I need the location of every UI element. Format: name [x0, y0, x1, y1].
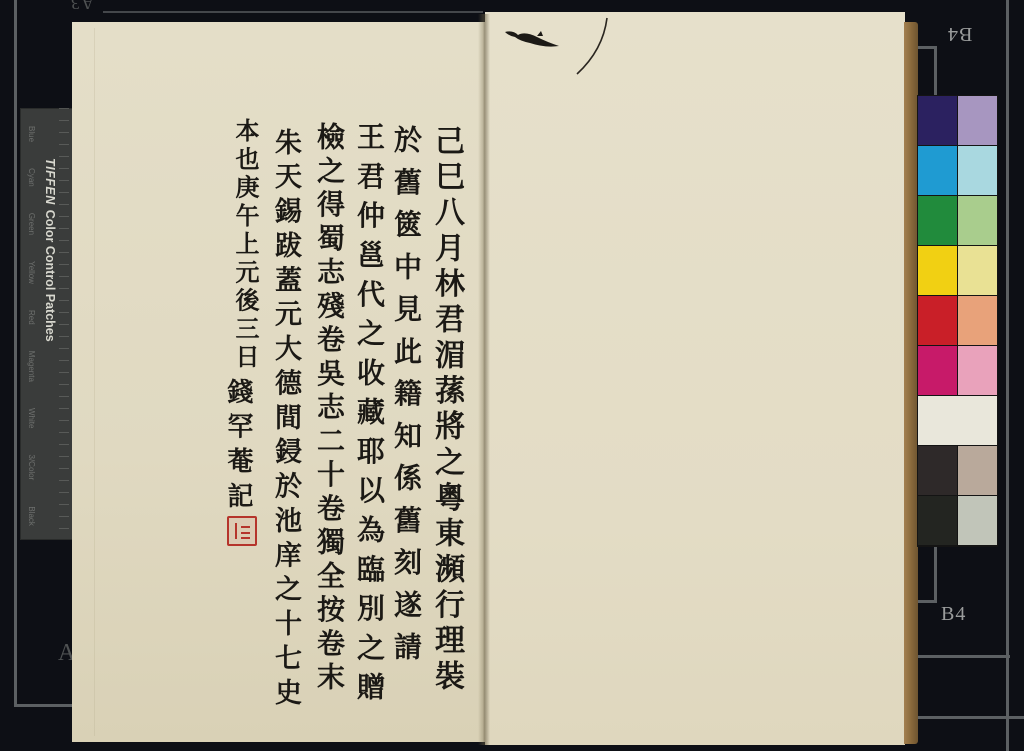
frame-line-top — [103, 11, 483, 13]
frame-line-left — [14, 0, 17, 707]
patch-row — [918, 146, 997, 195]
patch-label: Cyan — [27, 168, 36, 187]
patch-tan — [958, 446, 997, 495]
patch-magenta — [918, 346, 957, 395]
right-page — [485, 12, 905, 745]
calligraphy-column-2: 於舊篋中見此籍知係舊刻遂請 — [390, 125, 420, 660]
calligraphy-column-3: 王君仲邕代之收藏耶以為臨別之贈 — [353, 122, 383, 700]
patch-light-cyan — [958, 146, 997, 195]
frame-line-right-bottom-h3 — [905, 716, 1024, 719]
red-seal-icon — [227, 516, 257, 546]
frame-line-right-top-h — [918, 46, 937, 49]
patch-row — [918, 96, 997, 145]
tiffen-title: TIFFENColor Control Patches — [43, 158, 57, 342]
patch-pink — [958, 346, 997, 395]
patch-navy — [918, 96, 957, 145]
patch-lavender — [958, 96, 997, 145]
calligraphy-column-4: 檢之得蜀志殘卷吳志二十卷獨全按卷末 — [313, 122, 343, 690]
tiffen-color-control-strip: TIFFENColor Control Patches Blue Cyan Gr… — [20, 108, 73, 540]
tiffen-title-text: Color Control Patches — [43, 210, 57, 342]
patch-label: Black — [27, 506, 36, 526]
patch-dark-gray — [918, 446, 957, 495]
patch-row — [918, 296, 997, 345]
patch-red — [918, 296, 957, 345]
patch-label: Red — [27, 310, 36, 325]
patch-light-green — [958, 196, 997, 245]
tiffen-patch-labels: Blue Cyan Green Yellow Red Magenta White… — [27, 126, 36, 526]
patch-yellow — [918, 246, 957, 295]
color-calibration-patches — [917, 95, 998, 547]
frame-line-right-bottom-v — [934, 546, 937, 602]
patch-black — [918, 496, 957, 545]
frame-line-right-top-v — [934, 46, 937, 96]
frame-label-bottom-right: B4 — [941, 603, 966, 626]
patch-pale-yellow — [958, 246, 997, 295]
frame-label-top-right: B4 — [947, 22, 972, 45]
patch-row — [918, 246, 997, 295]
patch-row — [918, 196, 997, 245]
patch-label: Blue — [27, 126, 36, 142]
frame-line-right — [1006, 0, 1009, 751]
calligraphy-signature: 錢罕菴記 — [223, 378, 251, 508]
patch-light-gray — [958, 496, 997, 545]
patch-row — [918, 346, 997, 395]
frame-label-top-left: A3 — [70, 0, 94, 13]
frame-line-left-bottom — [14, 704, 76, 707]
patch-cyan — [918, 146, 957, 195]
book-edge — [904, 22, 918, 744]
patch-label: Magenta — [27, 351, 36, 382]
patch-salmon — [958, 296, 997, 345]
calligraphy-column-1: 己巳八月林君湄蓀將之粵東瀕行理裝 — [429, 125, 461, 690]
patch-green — [918, 196, 957, 245]
patch-white — [918, 396, 997, 445]
patch-row — [918, 446, 997, 495]
ruler-ticks — [59, 108, 69, 540]
calligraphy-column-6: 本也庚午上元後三日 — [231, 118, 257, 368]
patch-label: Green — [27, 213, 36, 235]
book-gutter — [478, 14, 490, 745]
patch-row — [918, 396, 997, 445]
patch-label: Yellow — [27, 261, 36, 284]
calligraphy-column-5: 朱天錫跋蓋元大德間鋟於池庠之十七史 — [270, 128, 299, 705]
patch-label: 3/Color — [27, 455, 36, 481]
ink-blot-icon — [485, 12, 905, 112]
frame-line-right-bottom-h2 — [905, 655, 1010, 658]
patch-label: White — [27, 408, 36, 428]
tiffen-brand: TIFFEN — [43, 158, 57, 205]
patch-row — [918, 496, 997, 545]
